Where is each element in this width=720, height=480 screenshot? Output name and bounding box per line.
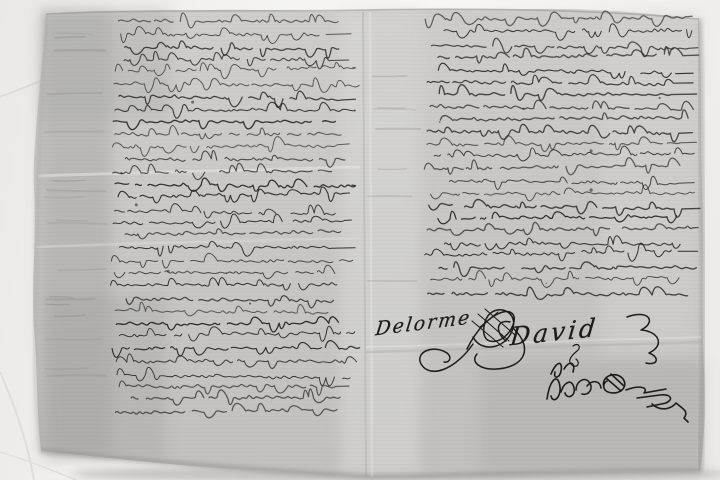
manuscript-photograph: Delorme David: [0, 0, 720, 480]
tone-patch: [46, 295, 166, 460]
ghost-stroke-line: [46, 299, 95, 300]
ghost-stroke-line: [378, 169, 407, 170]
ghost-stroke-line: [48, 223, 106, 224]
ghost-stroke-line: [373, 76, 407, 77]
ink-speck: [439, 121, 441, 123]
ghost-stroke-line: [57, 220, 87, 221]
scratch-line: [0, 372, 34, 480]
ink-speck: [167, 270, 170, 273]
tone-patch: [480, 360, 705, 472]
ink-speck: [120, 172, 122, 174]
ink-speck: [545, 283, 546, 284]
ink-speck: [249, 302, 251, 304]
ink-speck: [191, 101, 194, 104]
ink-speck: [659, 97, 661, 99]
ghost-stroke-line: [48, 375, 106, 376]
ink-speck: [226, 273, 227, 274]
ink-speck: [522, 108, 524, 110]
ink-speck: [135, 203, 138, 206]
tone-patch: [40, 8, 170, 118]
ink-speck: [590, 149, 593, 152]
manuscript-photo-svg: [0, 0, 720, 480]
ghost-stroke-line: [54, 50, 106, 51]
ink-speck: [589, 188, 592, 191]
